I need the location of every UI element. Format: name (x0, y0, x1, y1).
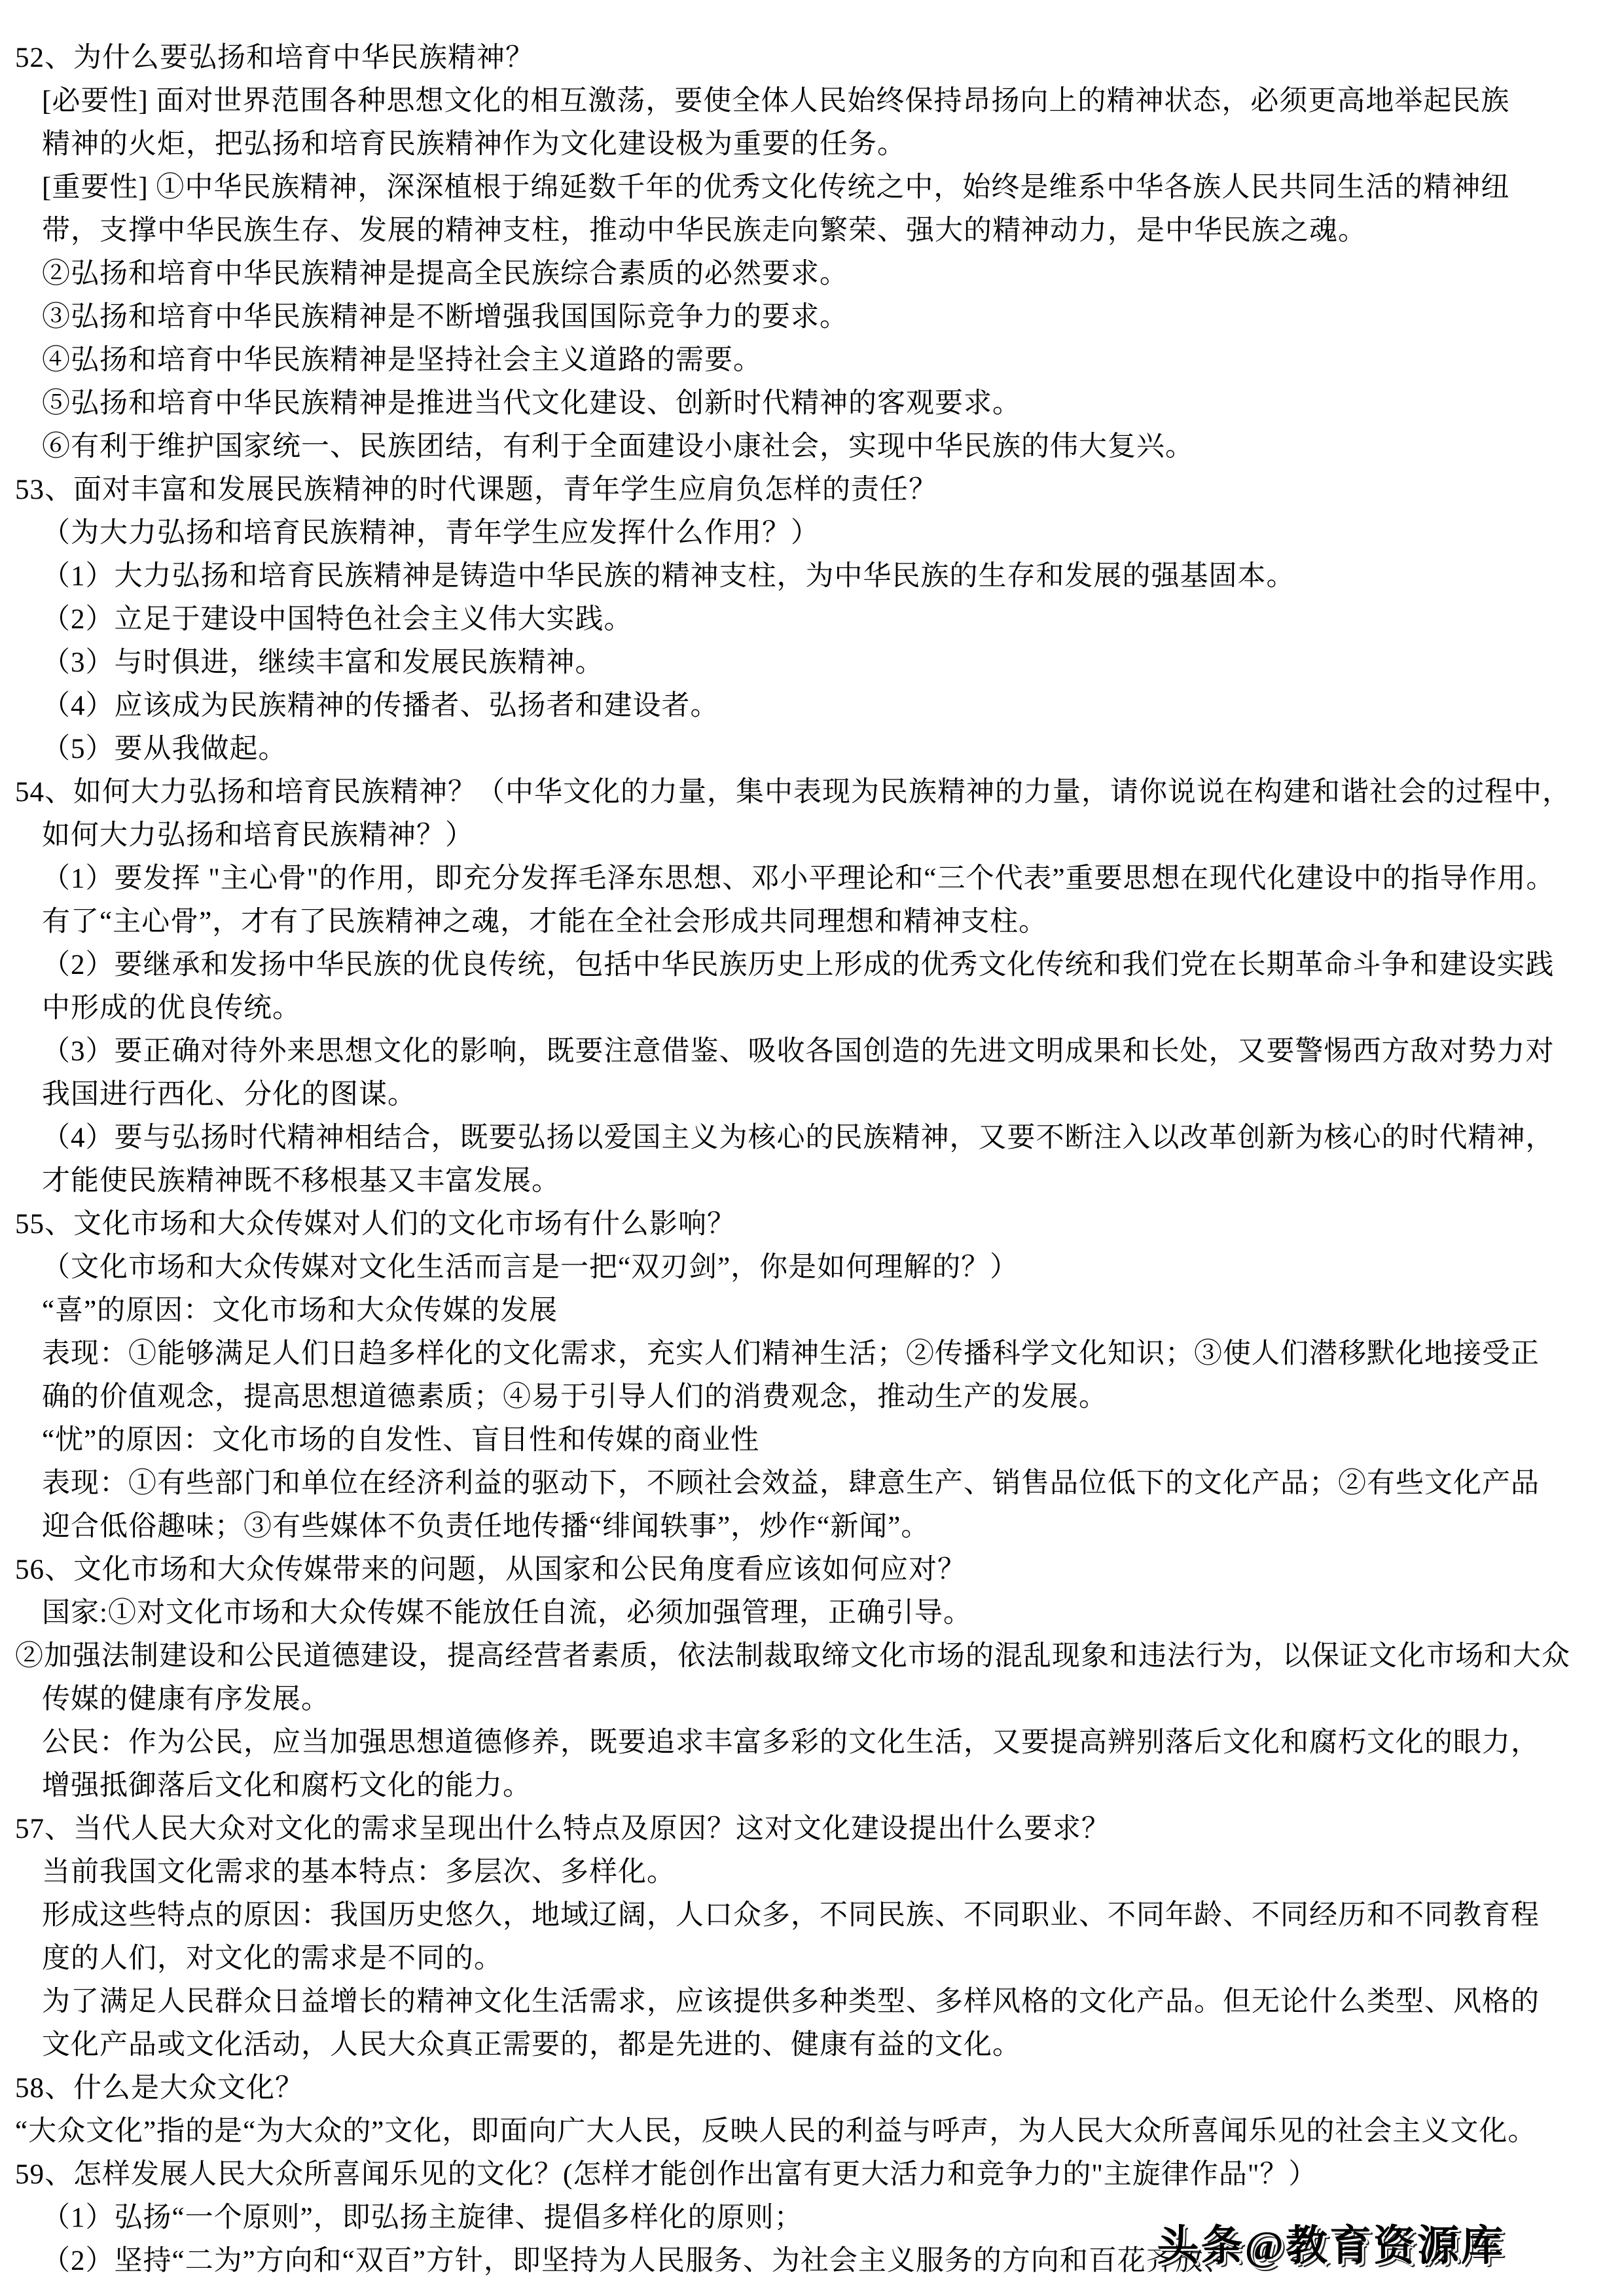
text-line: 54、如何大力弘扬和培育民族精神？（中华文化的力量，集中表现为民族精神的力量，请… (0, 771, 1624, 814)
text-line: 57、当代人民大众对文化的需求呈现出什么特点及原因？这对文化建设提出什么要求？ (0, 1808, 1624, 1851)
text-line: 确的价值观念，提高思想道德素质；④易于引导人们的消费观念，推动生产的发展。 (0, 1376, 1624, 1419)
text-line: （2）立足于建设中国特色社会主义伟大实践。 (0, 598, 1624, 641)
text-line: ②弘扬和培育中华民族精神是提高全民族综合素质的必然要求。 (0, 253, 1624, 296)
text-line: [重要性] ①中华民族精神，深深植根于绵延数千年的优秀文化传统之中，始终是维系中… (0, 166, 1624, 209)
text-line: 52、为什么要弘扬和培育中华民族精神？ (0, 37, 1624, 80)
text-line: ③弘扬和培育中华民族精神是不断增强我国国际竞争力的要求。 (0, 296, 1624, 339)
text-line: 有了“主心骨”，才有了民族精神之魂，才能在全社会形成共同理想和精神支柱。 (0, 901, 1624, 944)
text-line: （文化市场和大众传媒对文化生活而言是一把“双刃剑”，你是如何理解的？） (0, 1246, 1624, 1289)
text-line: 56、文化市场和大众传媒带来的问题，从国家和公民角度看应该如何应对？ (0, 1549, 1624, 1592)
document-lines: 52、为什么要弘扬和培育中华民族精神？[必要性] 面对世界范围各种思想文化的相互… (0, 37, 1624, 2283)
text-line: 精神的火炬，把弘扬和培育民族精神作为文化建设极为重要的任务。 (0, 123, 1624, 166)
text-line: 增强抵御落后文化和腐朽文化的能力。 (0, 1765, 1624, 1808)
document-page: 52、为什么要弘扬和培育中华民族精神？[必要性] 面对世界范围各种思想文化的相互… (0, 37, 1624, 2283)
text-line: “忧”的原因：文化市场的自发性、盲目性和传媒的商业性 (0, 1419, 1624, 1462)
text-line: 度的人们，对文化的需求是不同的。 (0, 1937, 1624, 1981)
text-line: ④弘扬和培育中华民族精神是坚持社会主义道路的需要。 (0, 339, 1624, 382)
text-line: 59、怎样发展人民大众所喜闻乐见的文化？(怎样才能创作出富有更大活力和竞争力的"… (0, 2153, 1624, 2197)
text-line: “喜”的原因：文化市场和大众传媒的发展 (0, 1289, 1624, 1333)
text-line: 迎合低俗趣味；③有些媒体不负责任地传播“绯闻轶事”，炒作“新闻”。 (0, 1505, 1624, 1549)
text-line: （4）要与弘扬时代精神相结合，既要弘扬以爱国主义为核心的民族精神，又要不断注入以… (0, 1117, 1624, 1160)
text-line: （1）要发挥 "主心骨"的作用，即充分发挥毛泽东思想、邓小平理论和“三个代表”重… (0, 857, 1624, 901)
text-line: 53、面对丰富和发展民族精神的时代课题，青年学生应肩负怎样的责任？ (0, 469, 1624, 512)
text-line: 传媒的健康有序发展。 (0, 1678, 1624, 1721)
watermark: 头条@教育资源库 (1157, 2212, 1505, 2272)
text-line: “大众文化”指的是“为大众的”文化，即面向广大人民，反映人民的利益与呼声，为人民… (0, 2110, 1624, 2153)
text-line: 为了满足人民群众日益增长的精神文化生活需求，应该提供多种类型、多样风格的文化产品… (0, 1981, 1624, 2024)
text-line: 55、文化市场和大众传媒对人们的文化市场有什么影响？ (0, 1203, 1624, 1246)
text-line: （3）要正确对待外来思想文化的影响，既要注意借鉴、吸收各国创造的先进文明成果和长… (0, 1030, 1624, 1073)
text-line: ⑥有利于维护国家统一、民族团结，有利于全面建设小康社会，实现中华民族的伟大复兴。 (0, 425, 1624, 469)
text-line: 中形成的优良传统。 (0, 987, 1624, 1030)
text-line: 58、什么是大众文化？ (0, 2067, 1624, 2110)
text-line: 我国进行西化、分化的图谋。 (0, 1073, 1624, 1117)
text-line: 形成这些特点的原因：我国历史悠久，地域辽阔，人口众多，不同民族、不同职业、不同年… (0, 1894, 1624, 1937)
text-line: （2）要继承和发扬中华民族的优良传统，包括中华民族历史上形成的优秀文化传统和我们… (0, 944, 1624, 987)
text-line: 当前我国文化需求的基本特点：多层次、多样化。 (0, 1851, 1624, 1894)
text-line: （5）要从我做起。 (0, 728, 1624, 771)
text-line: 表现：①能够满足人们日趋多样化的文化需求，充实人们精神生活；②传播科学文化知识；… (0, 1333, 1624, 1376)
text-line: （为大力弘扬和培育民族精神，青年学生应发挥什么作用？） (0, 512, 1624, 555)
text-line: [必要性] 面对世界范围各种思想文化的相互激荡，要使全体人民始终保持昂扬向上的精… (0, 80, 1624, 123)
text-line: （3）与时俱进，继续丰富和发展民族精神。 (0, 641, 1624, 685)
text-line: 如何大力弘扬和培育民族精神？） (0, 814, 1624, 857)
text-line: 带，支撑中华民族生存、发展的精神支柱，推动中华民族走向繁荣、强大的精神动力，是中… (0, 209, 1624, 253)
text-line: （1）大力弘扬和培育民族精神是铸造中华民族的精神支柱，为中华民族的生存和发展的强… (0, 555, 1624, 598)
text-line: （4）应该成为民族精神的传播者、弘扬者和建设者。 (0, 685, 1624, 728)
text-line: ⑤弘扬和培育中华民族精神是推进当代文化建设、创新时代精神的客观要求。 (0, 382, 1624, 425)
text-line: 国家:①对文化市场和大众传媒不能放任自流，必须加强管理，正确引导。 (0, 1592, 1624, 1635)
text-line: 文化产品或文化活动，人民大众真正需要的，都是先进的、健康有益的文化。 (0, 2024, 1624, 2067)
text-line: 表现：①有些部门和单位在经济利益的驱动下，不顾社会效益，肆意生产、销售品位低下的… (0, 1462, 1624, 1505)
text-line: 公民：作为公民，应当加强思想道德修养，既要追求丰富多彩的文化生活，又要提高辨别落… (0, 1721, 1624, 1765)
text-line: 才能使民族精神既不移根基又丰富发展。 (0, 1160, 1624, 1203)
text-line: ②加强法制建设和公民道德建设，提高经营者素质，依法制裁取缔文化市场的混乱现象和违… (0, 1635, 1624, 1678)
